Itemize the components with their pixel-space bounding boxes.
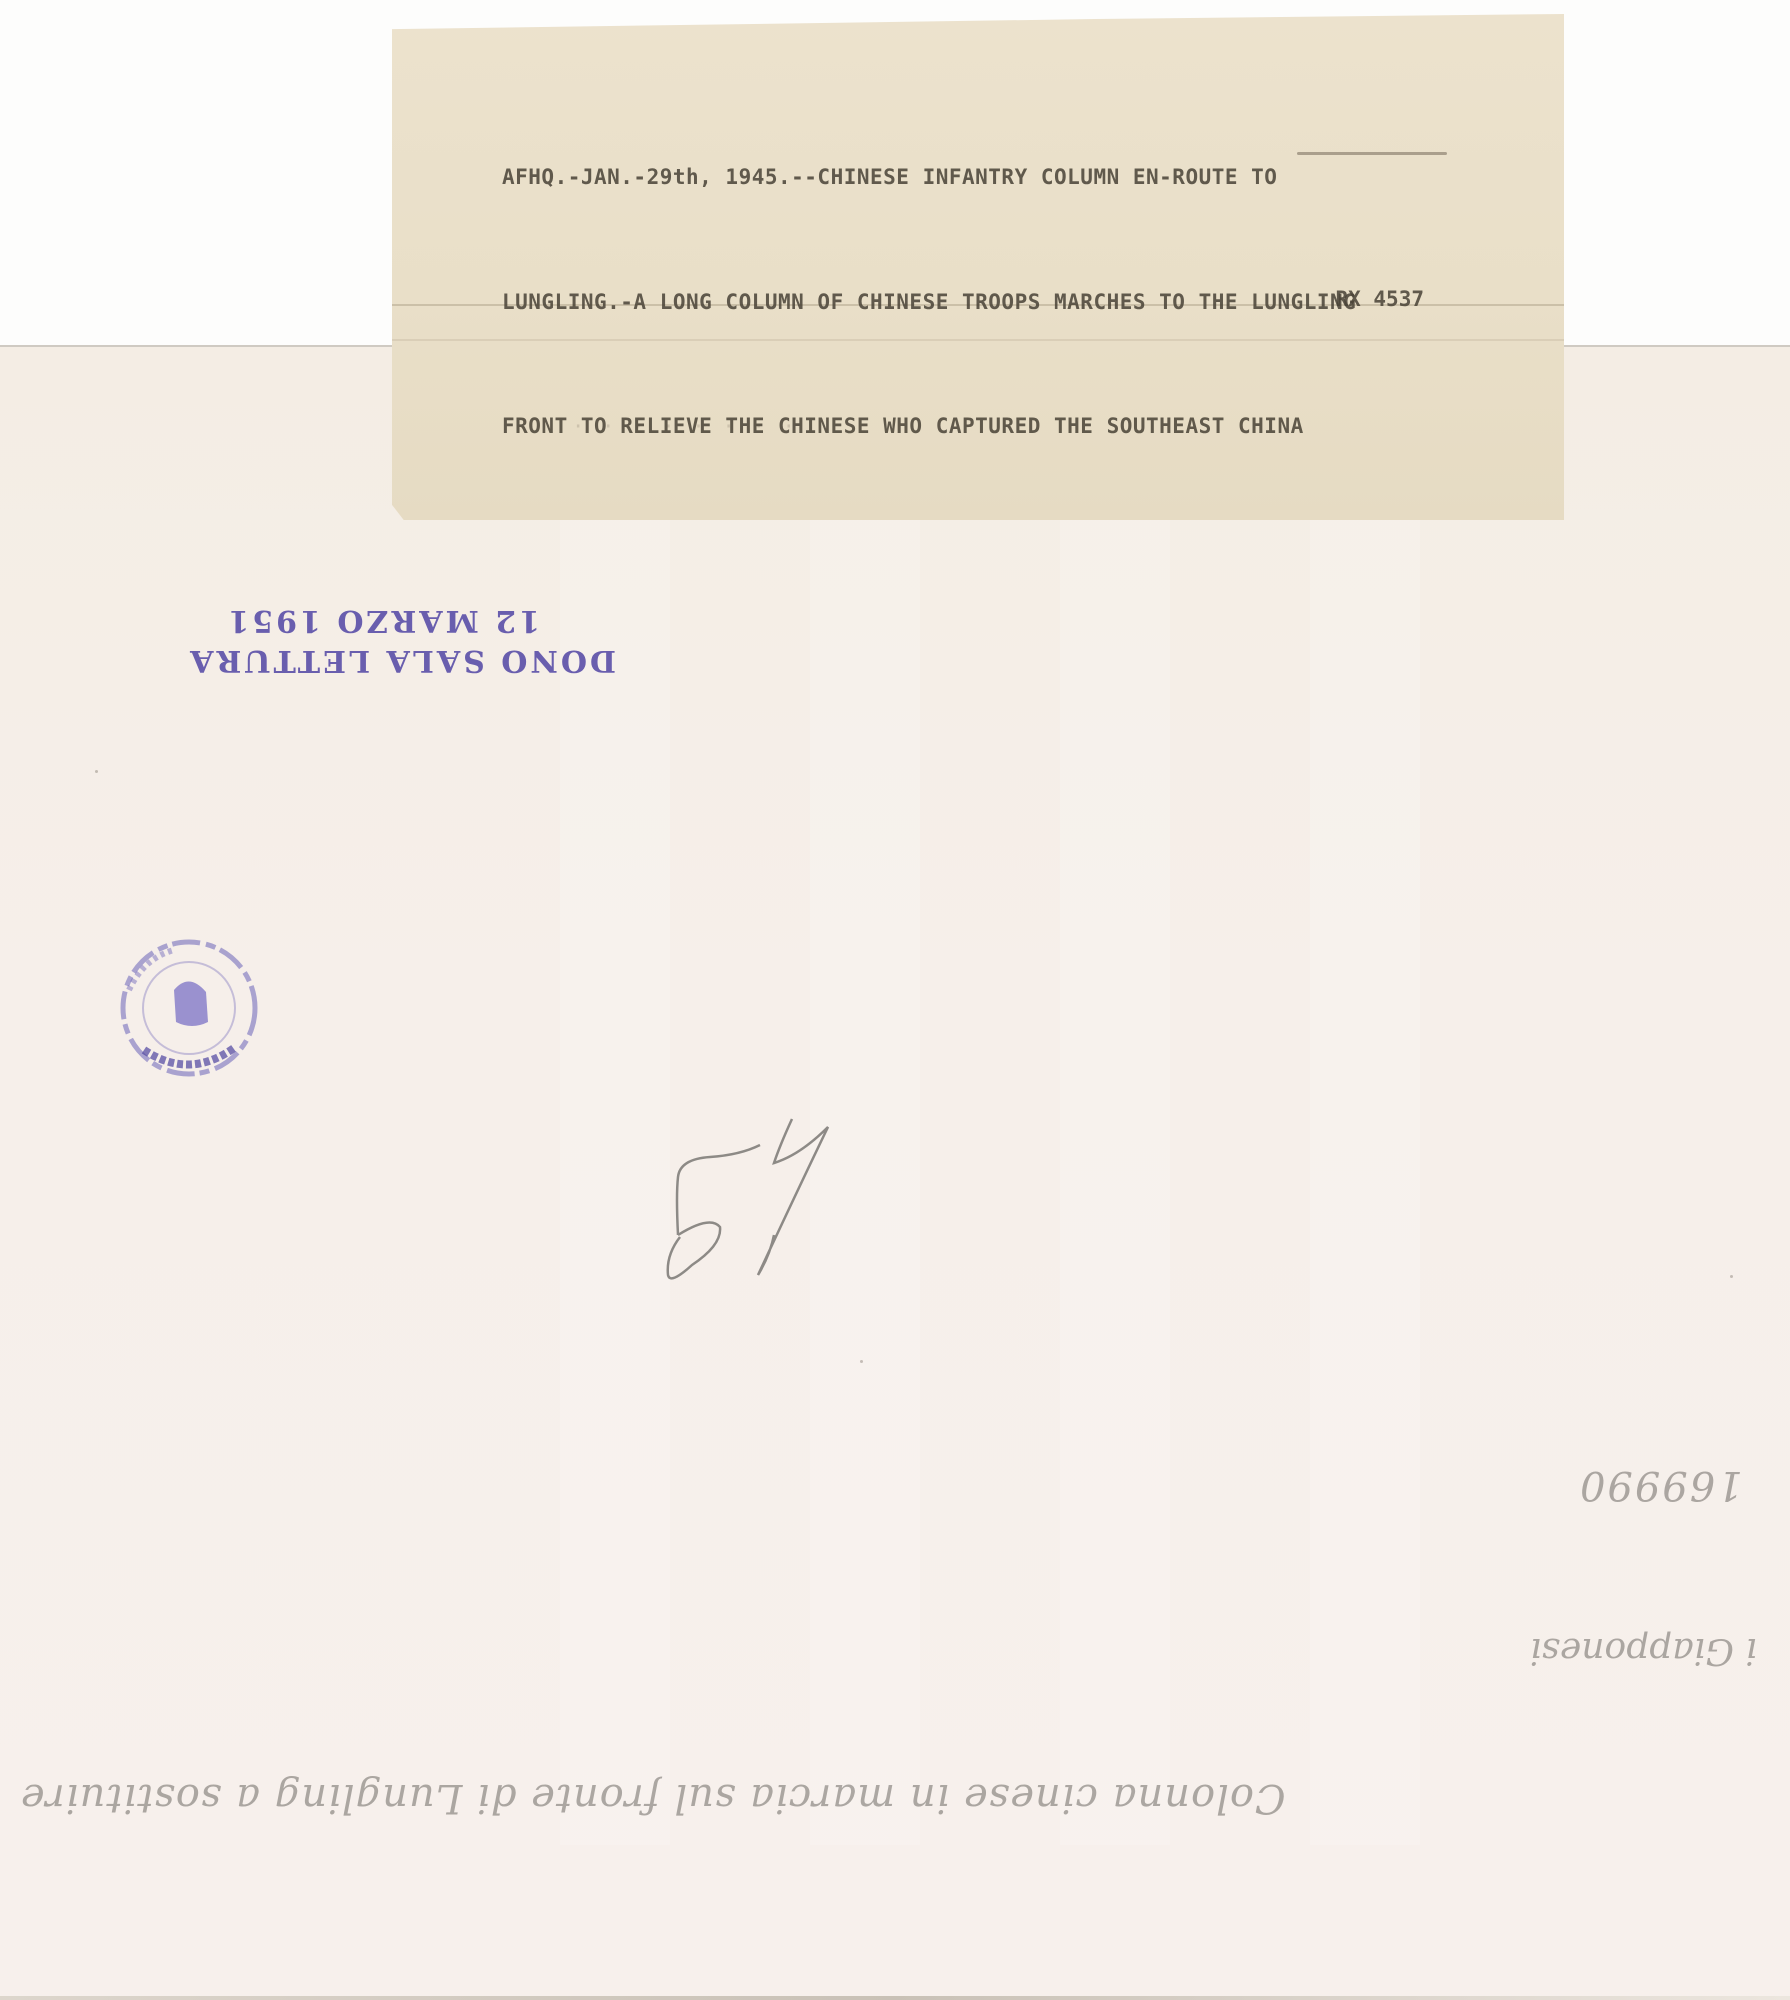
- paper-watermark: [1310, 345, 1420, 1845]
- paper-watermark: [810, 345, 920, 1845]
- handwritten-underline: [1297, 152, 1447, 155]
- pencil-number: 54: [640, 1115, 880, 1305]
- stamp-line-date: 12 MARZO 1951: [160, 600, 620, 640]
- stamp-line-donation: DONO SALA LETTURA: [160, 640, 620, 680]
- paper-watermark: [1060, 345, 1170, 1845]
- sheet-bottom-edge: [0, 1996, 1790, 2000]
- paper-watermark: [560, 345, 670, 1845]
- paper-speck: [1730, 1275, 1733, 1278]
- rotated-inventory-number: 169990: [1578, 1462, 1743, 1508]
- faint-slip-text: · · · · · · · · · ·: [512, 414, 798, 438]
- caption-reference-number: RX 4537: [1335, 287, 1424, 311]
- paper-speck: [95, 770, 98, 773]
- library-stamp: DONO SALA LETTURA 12 MARZO 1951: [160, 600, 620, 680]
- caption-slip: AFHQ.-JAN.-29th, 1945.--CHINESE INFANTRY…: [392, 14, 1564, 520]
- rotated-handwritten-caption: Colonna cinese in marcia sul fronte di L…: [20, 1775, 1286, 1821]
- paper-speck: [860, 1360, 863, 1363]
- rotated-handwritten-note: i Giapponesi: [1530, 1630, 1757, 1671]
- caption-line: AFHQ.-JAN.-29th, 1945.--CHINESE INFANTRY…: [502, 157, 1562, 199]
- seal-stamp-icon: [104, 930, 274, 1080]
